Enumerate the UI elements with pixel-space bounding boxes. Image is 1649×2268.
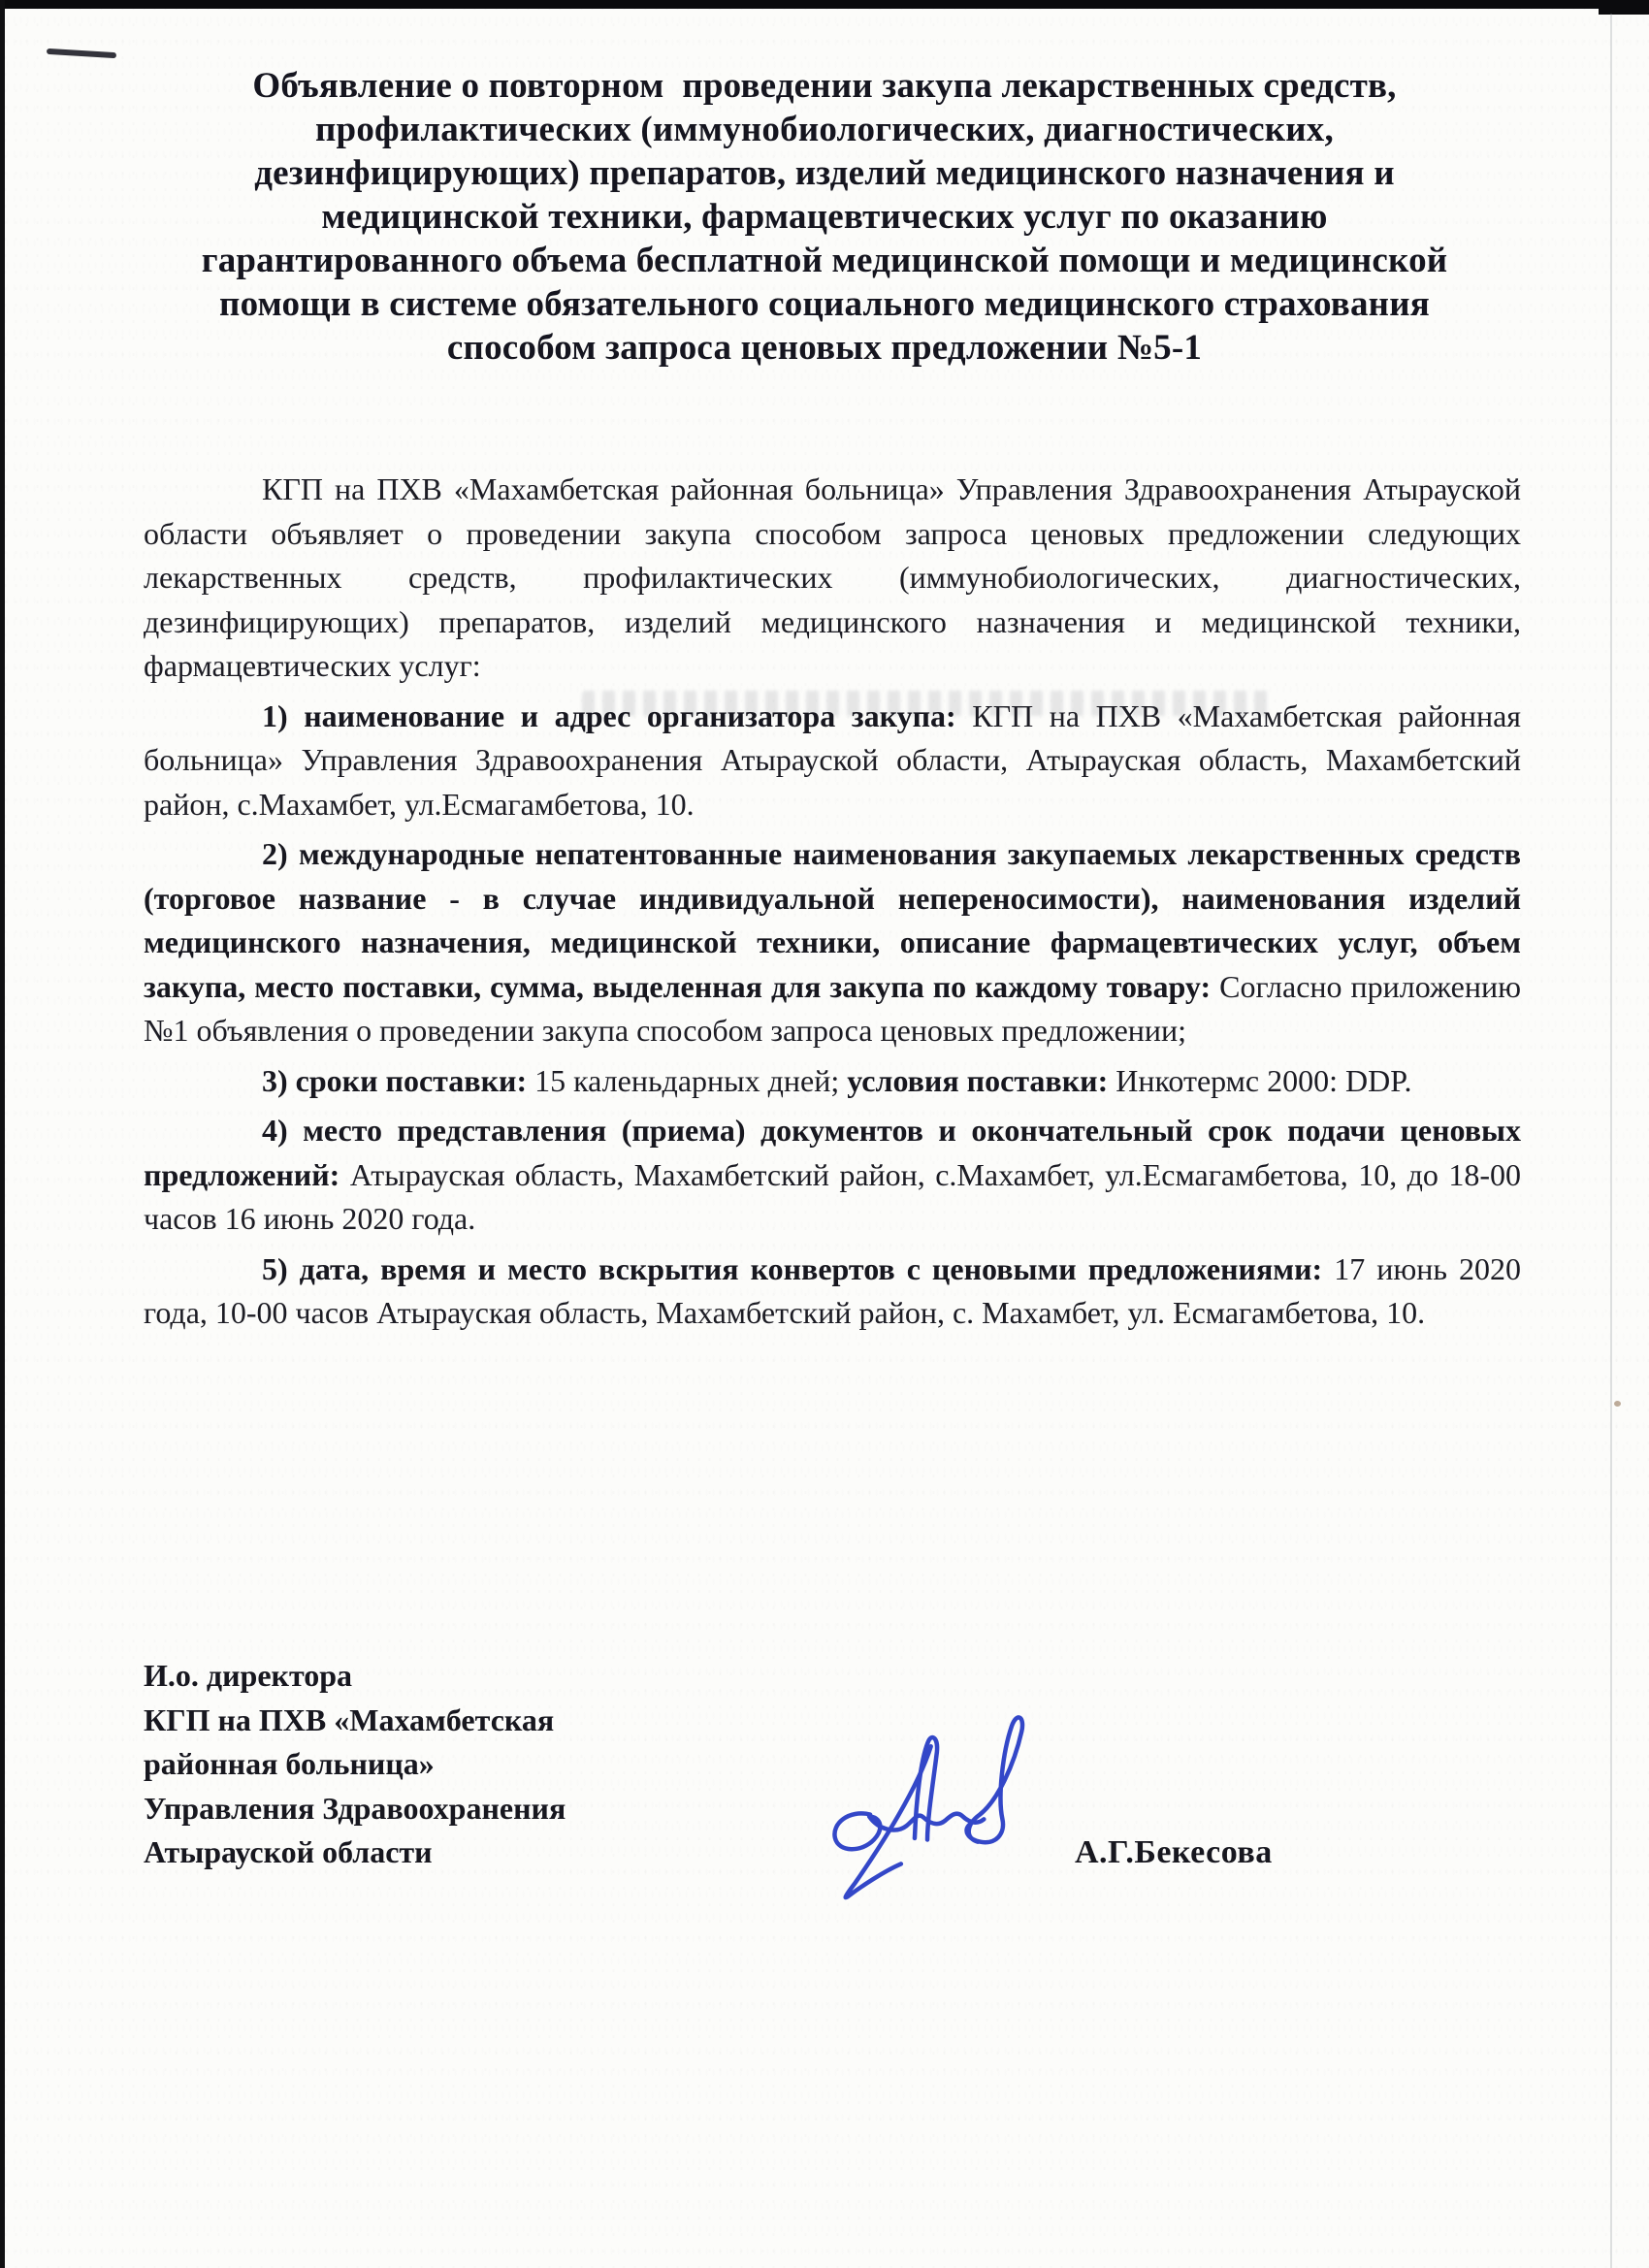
paper-speck-artifact: [1614, 1401, 1621, 1407]
paragraph-text: КГП на ПХВ «Махамбетская районная больни…: [144, 471, 1521, 683]
signature-ink: [830, 1717, 1028, 1897]
title-line: дезинфицирующих) препаратов, изделий мед…: [131, 151, 1518, 195]
scan-border-top-right: [1599, 0, 1649, 15]
pen-mark-artifact: [47, 49, 116, 58]
title-line: помощи в системе обязательного социально…: [131, 282, 1518, 326]
paragraph: 4) место представления (приема) документ…: [144, 1109, 1521, 1242]
paragraph: КГП на ПХВ «Махамбетская районная больни…: [144, 468, 1521, 689]
signer-name: А.Г.Бекесова: [1075, 1831, 1273, 1875]
document-title: Объявление о повторном проведении закупа…: [131, 64, 1518, 370]
title-line: Объявление о повторном проведении закупа…: [131, 64, 1518, 108]
paragraph: 2) международные непатентованные наимено…: [144, 832, 1521, 1053]
paragraph: 1) наименование и адрес организатора зак…: [144, 695, 1521, 827]
title-line: профилактических (иммунобиологических, д…: [131, 108, 1518, 151]
paragraph-text: Атырауская область, Махамбетский район, …: [144, 1157, 1521, 1237]
paragraph-text-bold: 3) сроки поставки:: [262, 1063, 534, 1098]
paragraph: 5) дата, время и место вскрытия конверто…: [144, 1247, 1521, 1336]
paragraph-text-bold: условия поставки:: [847, 1063, 1115, 1098]
title-line: гарантированного объема бесплатной медиц…: [131, 239, 1518, 282]
document-body: КГП на ПХВ «Махамбетская районная больни…: [144, 468, 1521, 1336]
signature-block: И.о. директораКГП на ПХВ «Махамбетскаяра…: [144, 1654, 1521, 2061]
scan-border-top: [0, 0, 1649, 9]
scanned-document-page: Объявление о повторном проведении закупа…: [0, 0, 1649, 2268]
title-line: медицинской техники, фармацевтических ус…: [131, 195, 1518, 239]
title-line: способом запроса ценовых предложении №5-…: [131, 326, 1518, 370]
paragraph: 3) сроки поставки: 15 каленьдарных дней;…: [144, 1059, 1521, 1104]
paragraph-text: Инкотермс 2000: DDP.: [1115, 1063, 1411, 1098]
paper-fold-line: [1610, 14, 1612, 2268]
scan-border-left: [0, 0, 5, 2268]
paragraph-text-bold: 5) дата, время и место вскрытия конверто…: [262, 1251, 1334, 1286]
paragraph-text-bold: 1) наименование и адрес организатора зак…: [262, 698, 972, 733]
handwritten-signature: [818, 1678, 1119, 1998]
paragraph-text: 15 каленьдарных дней;: [534, 1063, 847, 1098]
